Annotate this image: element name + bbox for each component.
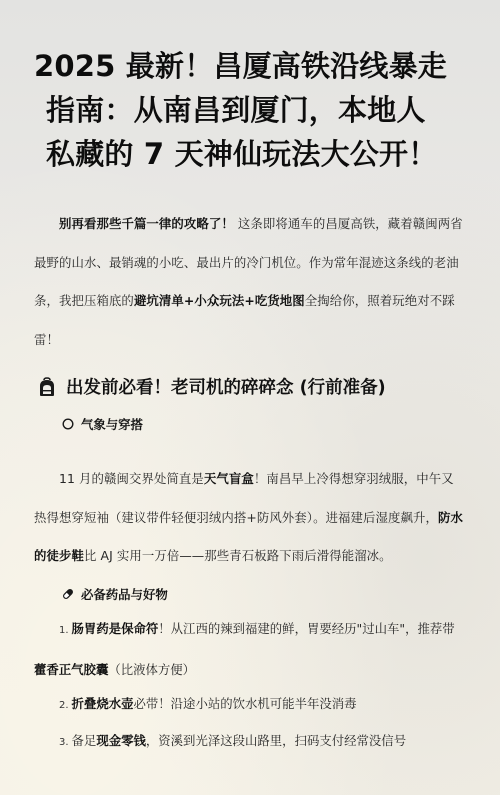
title-line-2: 指南：从南昌到厦门，本地人	[34, 88, 474, 132]
title-line-3: 私藏的 7 天神仙玩法大公开！	[34, 132, 474, 176]
list-item-text-0: 备足	[72, 733, 97, 748]
intro-bold-list: 避坑清单+小众玩法+吃货地图	[134, 293, 305, 308]
article-page: 2025 最新！昌厦高铁沿线暴走 指南：从南昌到厦门，本地人 私藏的 7 天神仙…	[0, 0, 500, 795]
weather-text-1: 11 月的赣闽交界处简直是	[59, 471, 204, 486]
intro-bold-lead: 别再看那些千篇一律的攻略了！	[59, 216, 234, 231]
list-number: 3.	[59, 724, 69, 763]
list-item-bold: 现金零钱	[96, 733, 146, 748]
pill-icon	[62, 588, 74, 600]
list-item-text-2: （比液体方便）	[108, 662, 195, 677]
intro-paragraph: 别再看那些千篇一律的攻略了！ 这条即将通车的昌厦高铁，藏着赣闽两省最野的山水、最…	[34, 205, 466, 359]
circle-icon	[62, 418, 74, 430]
list-item-1: 1.肠胃药是保命符！从江西的辣到福建的鲜，胃要经历"过山车"，推荐带藿香正气胶囊…	[34, 610, 466, 689]
sub-heading-meds-text: 必备药品与好物	[81, 585, 168, 603]
section-heading-text: 出发前必看！老司机的碎碎念 (行前准备)	[66, 374, 386, 399]
list-item-3: 3.备足现金零钱，资溪到光泽这段山路里，扫码支付经常没信号	[34, 722, 466, 763]
list-item-2: 2.折叠烧水壶必带！沿途小站的饮水机可能半年没消毒	[34, 685, 466, 726]
sub-heading-weather: 气象与穿搭	[62, 415, 143, 433]
weather-text-3: 比 AJ 实用一万倍——那些青石板路下雨后滑得能溜冰。	[84, 548, 392, 563]
list-item-text: ，资溪到光泽这段山路里，扫码支付经常没信号	[146, 733, 406, 748]
list-item-text: 必带！沿途小站的饮水机可能半年没消毒	[134, 696, 357, 711]
list-item-text: ！从江西的辣到福建的鲜，胃要经历"过山车"，推荐带	[158, 621, 454, 636]
article-title: 2025 最新！昌厦高铁沿线暴走 指南：从南昌到厦门，本地人 私藏的 7 天神仙…	[34, 44, 474, 176]
weather-bold-1: 天气盲盒	[204, 471, 254, 486]
section-heading-preparation: 出发前必看！老司机的碎碎念 (行前准备)	[38, 374, 386, 399]
sub-heading-meds: 必备药品与好物	[62, 585, 168, 603]
list-item-bold: 折叠烧水壶	[72, 696, 134, 711]
list-item-bold-2: 藿香正气胶囊	[34, 662, 108, 677]
list-number: 2.	[59, 687, 69, 726]
title-line-1: 2025 最新！昌厦高铁沿线暴走	[34, 44, 474, 88]
sub-heading-weather-text: 气象与穿搭	[81, 415, 143, 433]
list-item-bold: 肠胃药是保命符	[72, 621, 159, 636]
weather-paragraph: 11 月的赣闽交界处简直是天气盲盒！南昌早上冷得想穿羽绒服，中午又热得想穿短袖（…	[34, 460, 466, 576]
backpack-icon	[38, 377, 56, 397]
list-number: 1.	[59, 612, 69, 651]
